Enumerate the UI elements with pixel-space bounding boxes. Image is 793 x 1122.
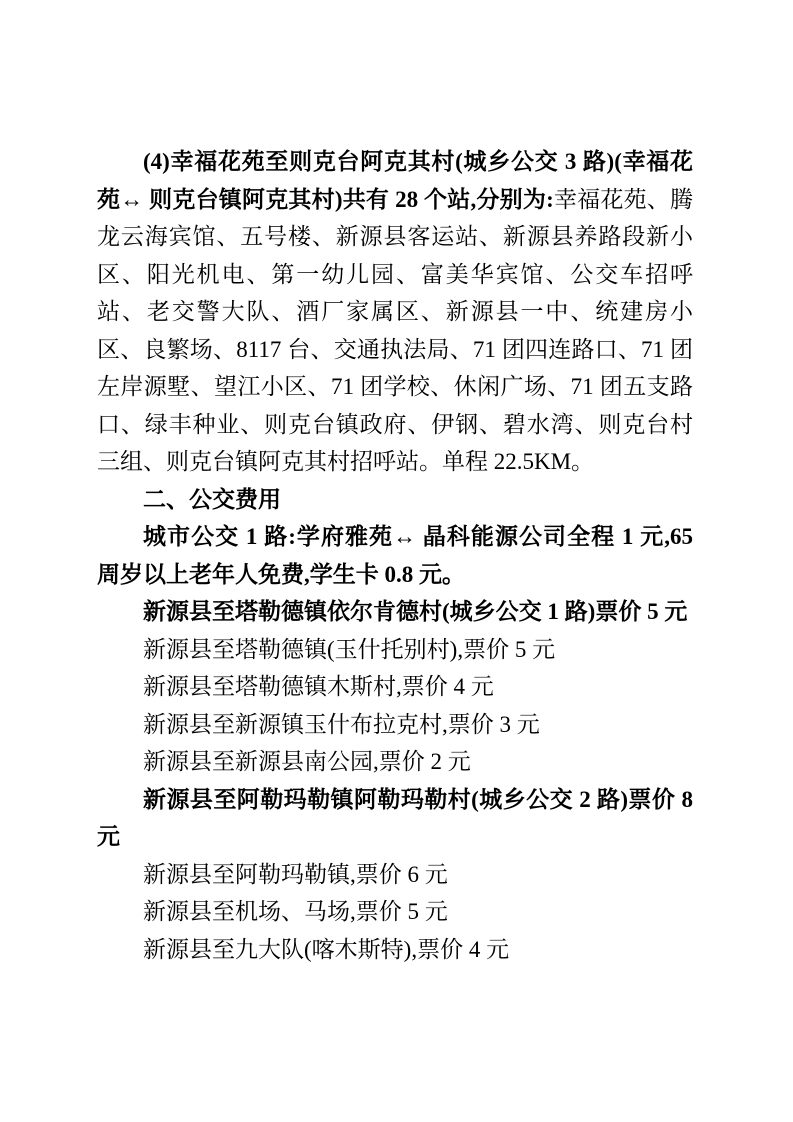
rural-bus-1-fare-line: 新源县至塔勒德镇木斯村,票价 4 元 [97, 668, 693, 706]
rural-bus-1-heading: 新源县至塔勒德镇依尔肯德村(城乡公交 1 路)票价 5 元 [97, 593, 693, 631]
rural-bus-2-fare-line: 新源县至机场、马场,票价 5 元 [97, 893, 693, 931]
city-bus-1-fare: 城市公交 1 路:学府雅苑↔ 晶科能源公司全程 1 元,65 周岁以上老年人免费… [97, 518, 693, 593]
rural-bus-2-heading: 新源县至阿勒玛勒镇阿勒玛勒村(城乡公交 2 路)票价 8 元 [97, 781, 693, 856]
route-4-station-list: 幸福花苑、腾龙云海宾馆、五号楼、新源县客运站、新源县养路段新小区、阳光机电、第一… [97, 187, 693, 475]
rural-bus-1-fare-line: 新源县至新源镇玉什布拉克村,票价 3 元 [97, 706, 693, 744]
rural-bus-1-fare-line: 新源县至塔勒德镇(玉什托别村),票价 5 元 [97, 631, 693, 669]
document-page: (4)幸福花苑至则克台阿克其村(城乡公交 3 路)(幸福花苑↔ 则克台镇阿克其村… [0, 0, 793, 1122]
paragraph-route-4: (4)幸福花苑至则克台阿克其村(城乡公交 3 路)(幸福花苑↔ 则克台镇阿克其村… [97, 143, 693, 481]
section-2-heading: 二、公交费用 [97, 481, 693, 519]
rural-bus-2-fare-line: 新源县至阿勒玛勒镇,票价 6 元 [97, 856, 693, 894]
rural-bus-2-fare-line: 新源县至九大队(喀木斯特),票价 4 元 [97, 931, 693, 969]
rural-bus-1-fare-line: 新源县至新源县南公园,票价 2 元 [97, 743, 693, 781]
